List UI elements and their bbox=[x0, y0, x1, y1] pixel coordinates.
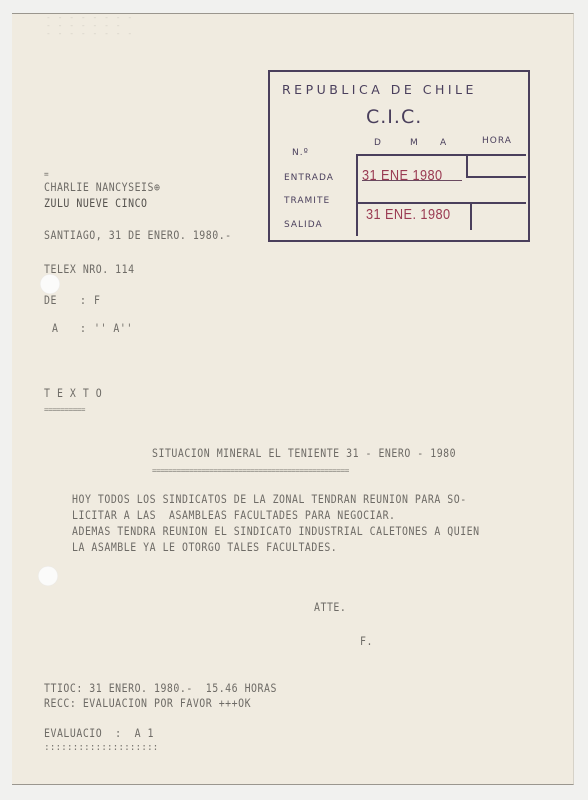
stamp-grid-line bbox=[356, 202, 526, 204]
body-line-4: LA ASAMBLE YA LE OTORGO TALES FACULTADES… bbox=[72, 540, 337, 554]
stamp-title: REPUBLICA DE CHILE bbox=[282, 82, 477, 97]
subject-underline: ========================================… bbox=[152, 466, 349, 475]
stamp-row-tramite: TRAMITE bbox=[284, 196, 330, 206]
stamp-col-a: A bbox=[440, 138, 447, 148]
footer-evaluacion: EVALUACIO : A 1 bbox=[44, 726, 154, 740]
stamp-col-no: N.º bbox=[292, 148, 309, 158]
footer-ttioc: TTIOC: 31 ENERO. 1980.- 15.46 HORAS bbox=[44, 681, 277, 695]
stamp-grid-line bbox=[356, 154, 358, 236]
stamp-row-entrada: ENTRADA bbox=[284, 173, 334, 183]
body-line-2: LICITAR A LAS ASAMBLEAS FACULTADES PARA … bbox=[72, 508, 396, 522]
address-line-2: ZULU NUEVE CINCO bbox=[44, 196, 148, 210]
footer-recc: RECC: EVALUACION POR FAVOR +++OK bbox=[44, 696, 251, 710]
address-mark: = bbox=[44, 170, 49, 180]
from-label: DE bbox=[44, 293, 57, 307]
place-date: SANTIAGO, 31 DE ENERO. 1980.- bbox=[44, 228, 232, 242]
signature: F. bbox=[360, 634, 373, 648]
entrada-date-stamp: 31 ENE 1980 bbox=[362, 167, 443, 184]
texto-underline: ========== bbox=[44, 405, 85, 414]
faint-bleedthrough-text: - - - - - - - - - - - - - - - - - - - - … bbox=[46, 14, 133, 38]
texto-heading: T E X T O bbox=[44, 386, 102, 400]
stamp-col-hora: HORA bbox=[482, 136, 512, 146]
telex-number: TELEX NRO. 114 bbox=[44, 262, 135, 276]
stamp-col-m: M bbox=[410, 138, 419, 148]
stamp-grid-line bbox=[356, 154, 526, 156]
stamp-org: C.I.C. bbox=[366, 106, 422, 128]
body-line-1: HOY TODOS LOS SINDICATOS DE LA ZONAL TEN… bbox=[72, 492, 467, 506]
stamp-grid-line bbox=[466, 176, 526, 178]
cic-reception-stamp: REPUBLICA DE CHILE C.I.C. N.º D M A HORA… bbox=[268, 70, 530, 242]
stamp-grid-line bbox=[470, 202, 472, 230]
punch-hole-top bbox=[40, 274, 60, 294]
subject-title: SITUACION MINERAL EL TENIENTE 31 - ENERO… bbox=[152, 446, 456, 460]
body-line-3: ADEMAS TENDRA REUNION EL SINDICATO INDUS… bbox=[72, 524, 480, 538]
from-value: F bbox=[94, 293, 100, 307]
to-sep: : bbox=[80, 321, 86, 335]
punch-hole-bottom bbox=[38, 566, 58, 586]
to-label: A bbox=[52, 321, 58, 335]
salida-date-stamp: 31 ENE. 1980 bbox=[366, 206, 450, 223]
entrada-strike-line bbox=[362, 180, 462, 181]
stamp-grid-line bbox=[466, 154, 468, 177]
address-line-1: CHARLIE NANCYSEIS⊕ bbox=[44, 180, 160, 194]
stamp-row-salida: SALIDA bbox=[284, 220, 323, 230]
footer-evaluacion-rule: :::::::::::::::::::: bbox=[44, 742, 158, 753]
to-value: '' A'' bbox=[94, 321, 133, 335]
from-sep: : bbox=[80, 293, 86, 307]
closing: ATTE. bbox=[314, 600, 346, 614]
stamp-col-d: D bbox=[374, 138, 382, 148]
faint-line: - - - - - - - - bbox=[46, 30, 133, 38]
